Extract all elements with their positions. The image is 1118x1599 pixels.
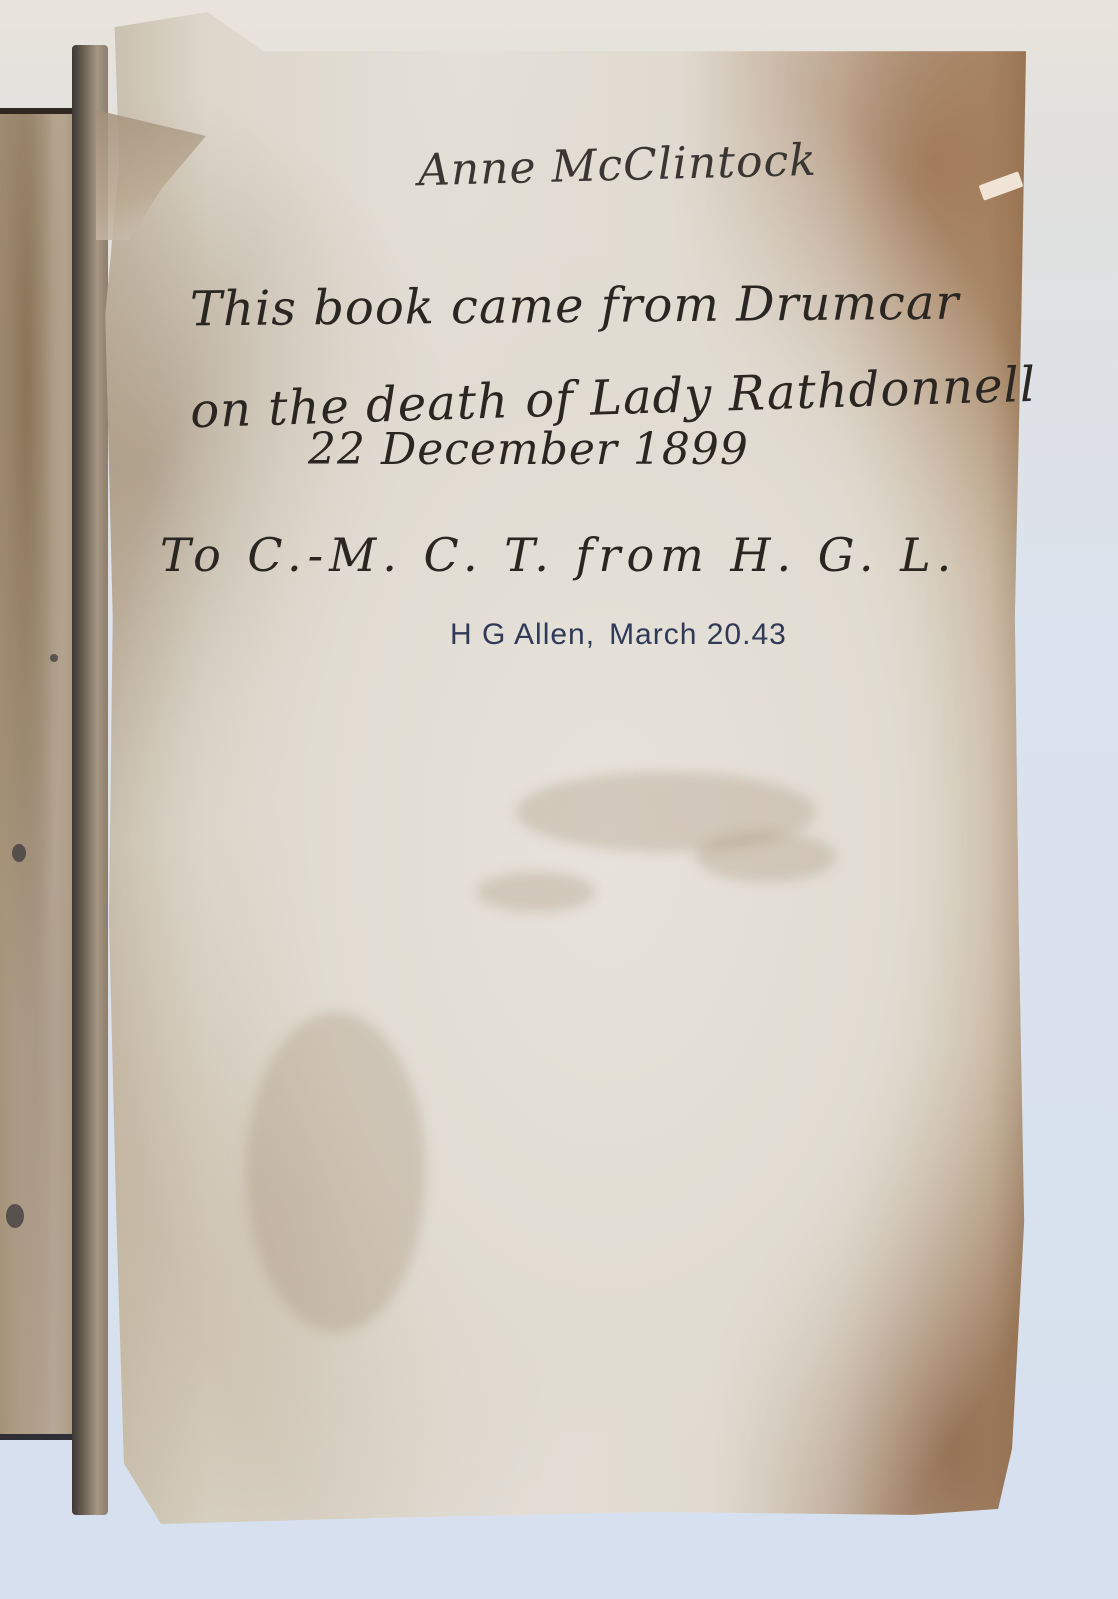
later-note-date: March 20.43 bbox=[609, 618, 787, 651]
book-binding-spine bbox=[72, 45, 108, 1515]
provenance-date: 22 December 1899 bbox=[308, 424, 749, 475]
later-ownership-note: H G Allen,March 20.43 bbox=[450, 618, 787, 652]
foxing-stain bbox=[476, 872, 596, 912]
foxing-stain bbox=[246, 1012, 426, 1332]
foxing-stain bbox=[516, 772, 816, 852]
provenance-line-1: This book came from Drumcar bbox=[190, 275, 960, 338]
later-owner-name: H G Allen, bbox=[450, 618, 595, 651]
gift-dedication: To C.-M. C. T. from H. G. L. bbox=[160, 528, 957, 582]
owner-signature: Anne McClintock bbox=[417, 135, 817, 196]
ink-stain bbox=[50, 654, 58, 662]
ink-stain bbox=[6, 1204, 24, 1228]
ink-stain bbox=[12, 844, 26, 862]
flyleaf-page bbox=[96, 12, 1026, 1524]
